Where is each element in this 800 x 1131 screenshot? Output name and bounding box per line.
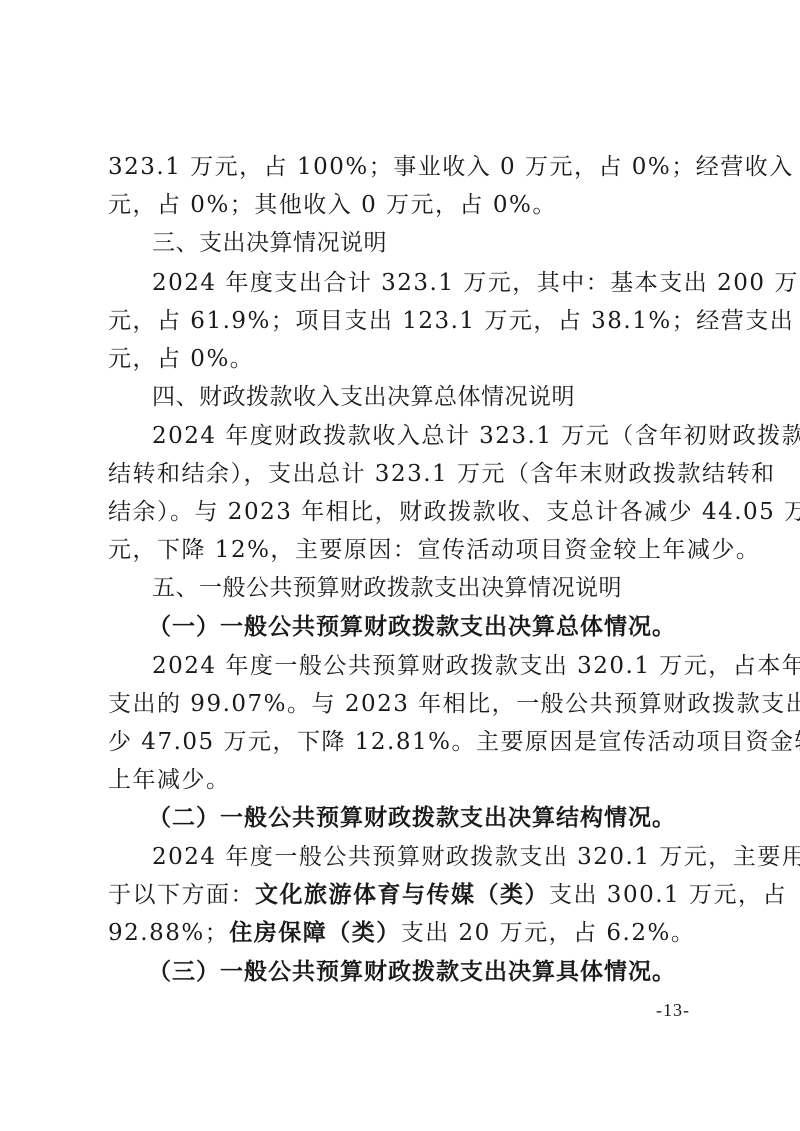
body-text-line: 2024 年度一般公共预算财政拨款支出 320.1 万元，占本年 — [152, 651, 742, 681]
body-text-line: 元，占 0%。 — [108, 344, 698, 374]
body-text-line: 92.88%；住房保障（类）支出 20 万元，占 6.2%。 — [108, 918, 698, 948]
body-text-line: 2024 年度一般公共预算财政拨款支出 320.1 万元，主要用 — [152, 842, 742, 872]
text-segment: 92.88%； — [108, 920, 229, 946]
subsection-heading-2: （二）一般公共预算财政拨款支出决算结构情况。 — [148, 803, 738, 833]
body-text-line: 少 47.05 万元，下降 12.81%。主要原因是宣传活动项目资金较 — [108, 727, 698, 757]
body-text-line: 元，占 61.9%；项目支出 123.1 万元，占 38.1%；经营支出 0 万 — [108, 306, 698, 336]
body-text-line: 2024 年度财政拨款收入总计 323.1 万元（含年初财政拨款 — [152, 421, 742, 451]
text-segment: 支出 20 万元，占 6.2%。 — [401, 920, 696, 946]
body-text-line: 元，占 0%；其他收入 0 万元，占 0%。 — [108, 190, 698, 220]
text-segment: 于以下方面： — [108, 882, 255, 908]
body-text-line: 结余）。与 2023 年相比，财政拨款收、支总计各减少 44.05 万 — [108, 497, 698, 527]
body-text-line: 支出的 99.07%。与 2023 年相比，一般公共预算财政拨款支出减 — [108, 689, 698, 719]
text-segment: 支出 300.1 万元，占 — [549, 882, 787, 908]
section-heading-4: 四、财政拨款收入支出决算总体情况说明 — [152, 382, 742, 412]
body-text-line: 上年减少。 — [108, 765, 698, 795]
subsection-heading-3: （三）一般公共预算财政拨款支出决算具体情况。 — [148, 957, 738, 987]
body-text-line: 元，下降 12%，主要原因：宣传活动项目资金较上年减少。 — [108, 535, 698, 565]
category-bold-text: 住房保障（类） — [229, 919, 401, 946]
body-text-line: 323.1 万元，占 100%；事业收入 0 万元，占 0%；经营收入 0 万 — [108, 152, 698, 182]
body-text-line: 于以下方面：文化旅游体育与传媒（类）支出 300.1 万元，占 — [108, 880, 698, 910]
body-text-line: 结转和结余），支出总计 323.1 万元（含年末财政拨款结转和 — [108, 459, 698, 489]
document-page: 323.1 万元，占 100%；事业收入 0 万元，占 0%；经营收入 0 万 … — [0, 0, 800, 1131]
page-number: -13- — [656, 1000, 690, 1021]
section-heading-3: 三、支出决算情况说明 — [152, 228, 742, 258]
subsection-heading-1: （一）一般公共预算财政拨款支出决算总体情况。 — [148, 612, 738, 642]
body-text-line: 2024 年度支出合计 323.1 万元，其中：基本支出 200 万 — [152, 268, 742, 298]
section-heading-5: 五、一般公共预算财政拨款支出决算情况说明 — [152, 573, 742, 603]
category-bold-text: 文化旅游体育与传媒（类） — [255, 881, 549, 908]
